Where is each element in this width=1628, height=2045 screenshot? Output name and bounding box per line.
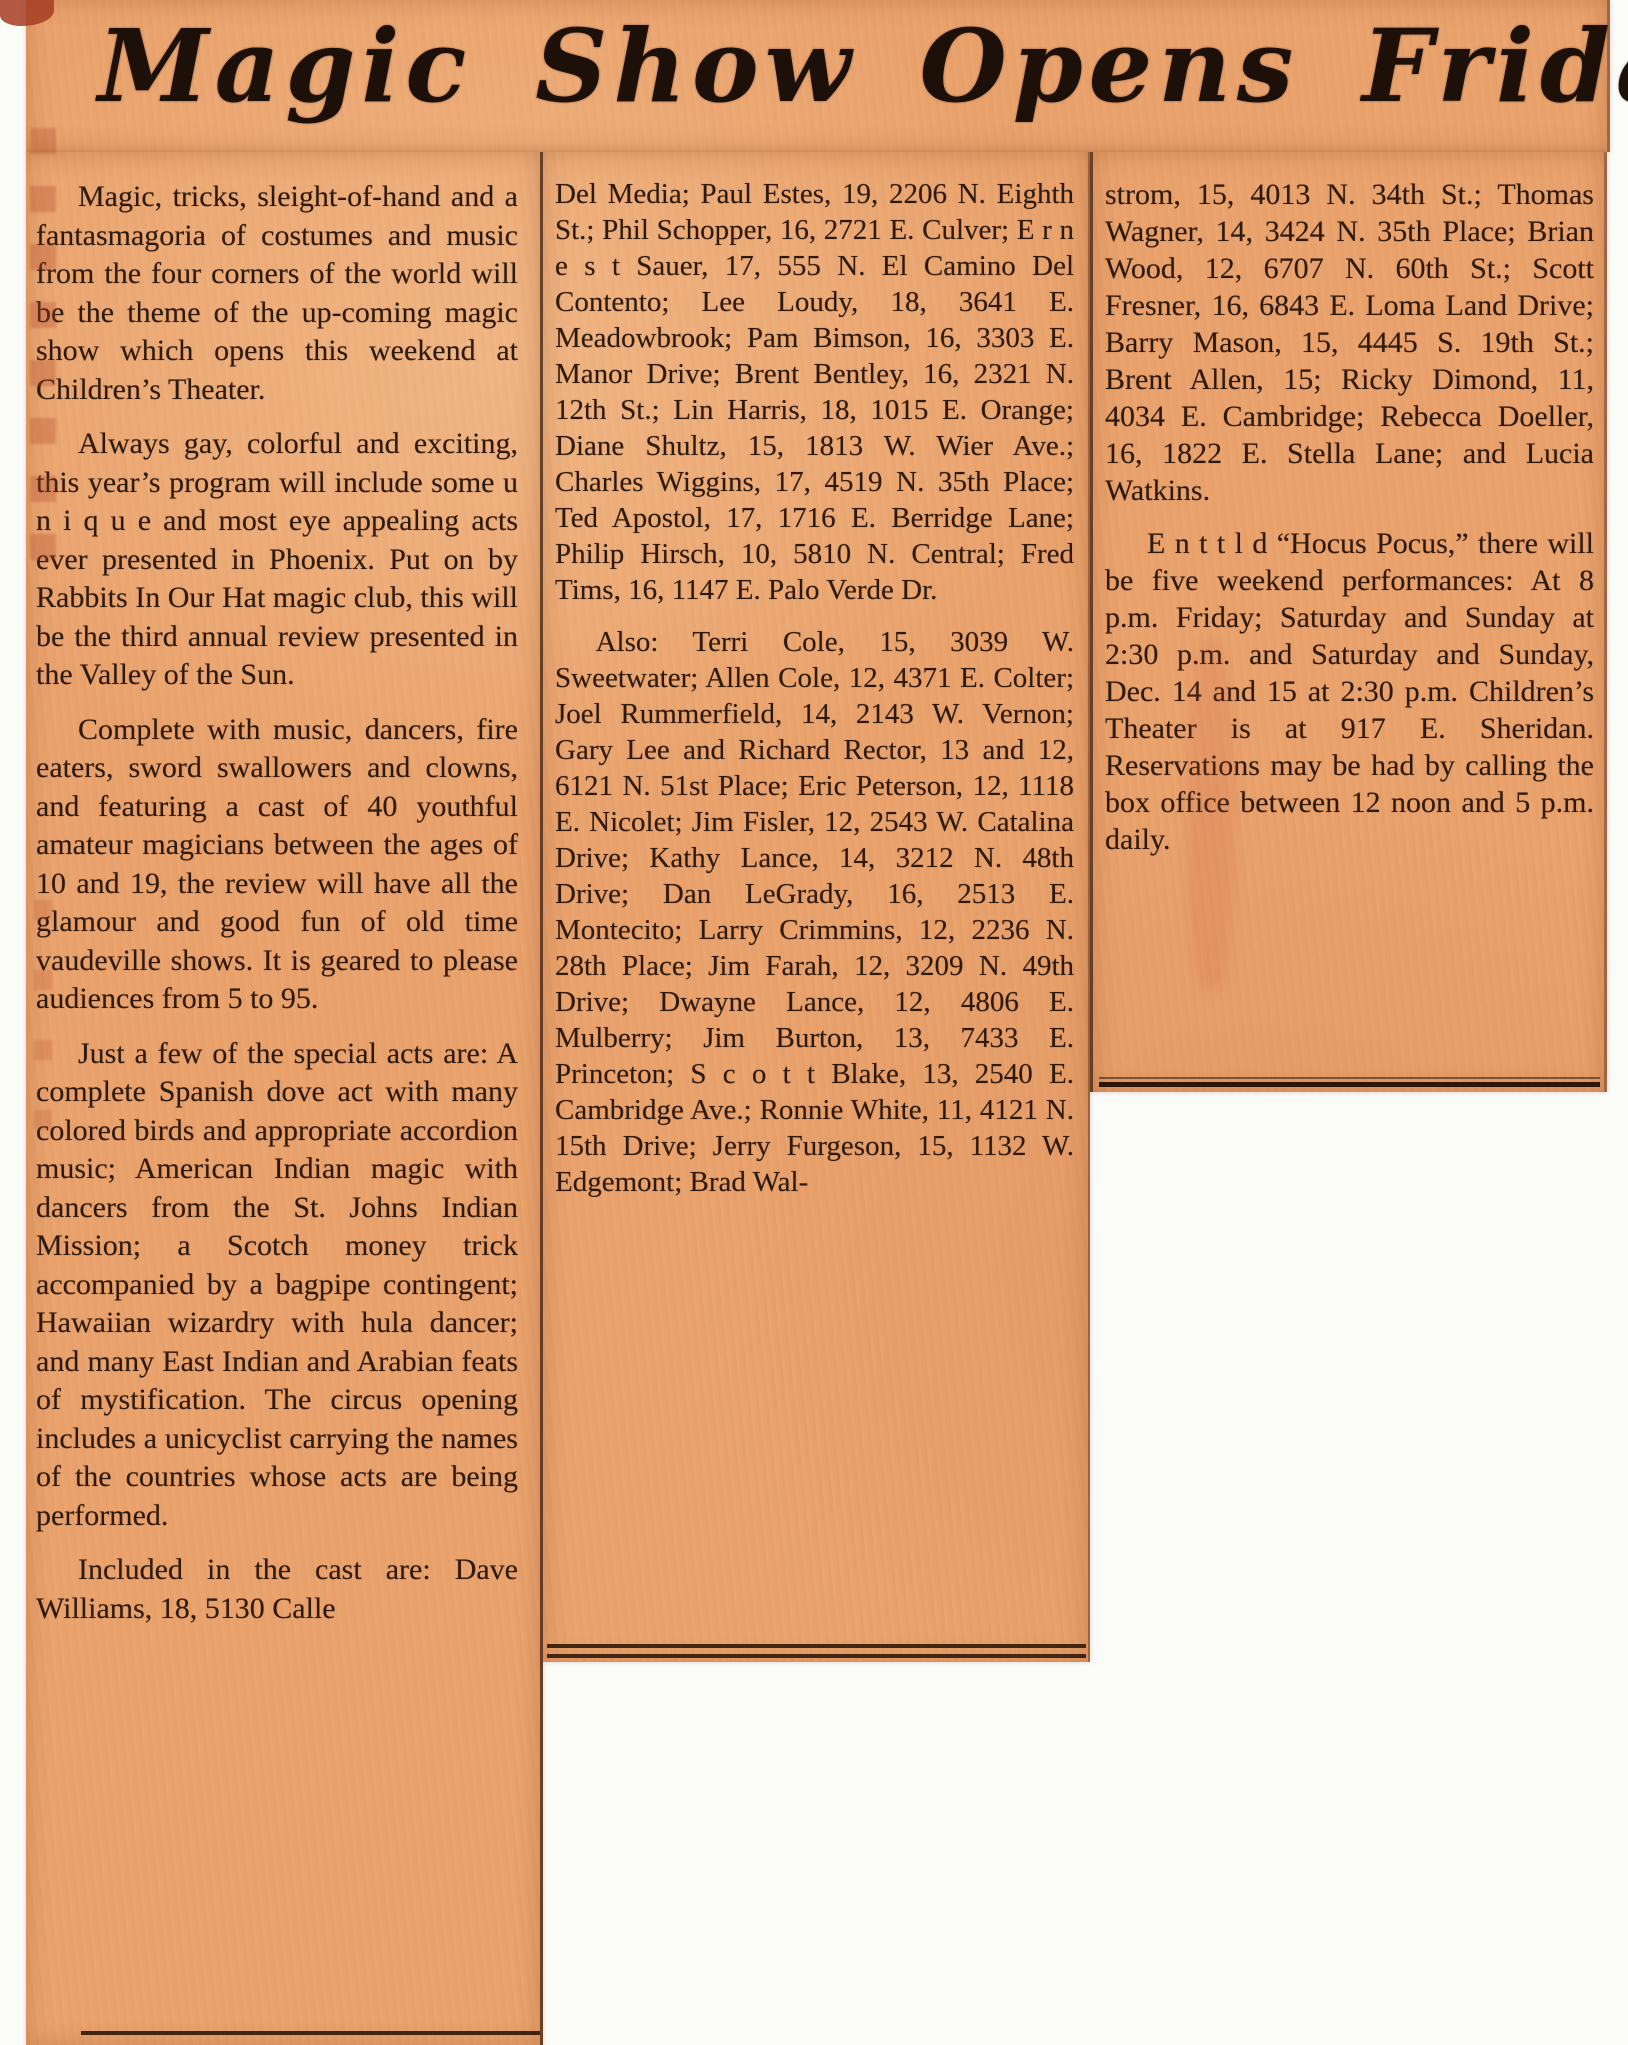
column-2: Del Media; Paul Estes, 19, 2206 N. Eight…	[543, 152, 1090, 1662]
paragraph-cast-start: Included in the cast are: Dave Williams,…	[36, 1551, 518, 1628]
headline: Magic Show Opens Friday	[26, 0, 1607, 119]
newspaper-clipping: Magic Show Opens Friday Magic, tricks, s…	[0, 0, 1628, 2045]
column-3: strom, 15, 4013 N. 34th St.; Thomas Wagn…	[1090, 152, 1607, 1092]
paragraph-cast-list-2: Also: Terri Cole, 15, 3039 W. Sweetwater…	[555, 624, 1074, 1200]
paragraph-special-acts: Just a few of the special acts are: A co…	[36, 1035, 518, 1536]
clipping-header: Magic Show Opens Friday	[26, 0, 1610, 152]
paragraph-cast-list-1: Del Media; Paul Estes, 19, 2206 N. Eight…	[555, 176, 1074, 608]
column-1: Magic, tricks, sleight-of-hand and a fan…	[26, 152, 543, 2045]
paragraph-cast-list-3: strom, 15, 4013 N. 34th St.; Thomas Wagn…	[1105, 176, 1594, 509]
paragraph-intro: Magic, tricks, sleight-of-hand and a fan…	[36, 178, 518, 409]
paragraph-performances: E n t t l d “Hocus Pocus,” there will be…	[1105, 525, 1594, 858]
paragraph-cast-overview: Complete with music, dancers, fire eater…	[36, 711, 518, 1019]
paragraph-program: Always gay, colorful and exciting, this …	[36, 425, 518, 695]
